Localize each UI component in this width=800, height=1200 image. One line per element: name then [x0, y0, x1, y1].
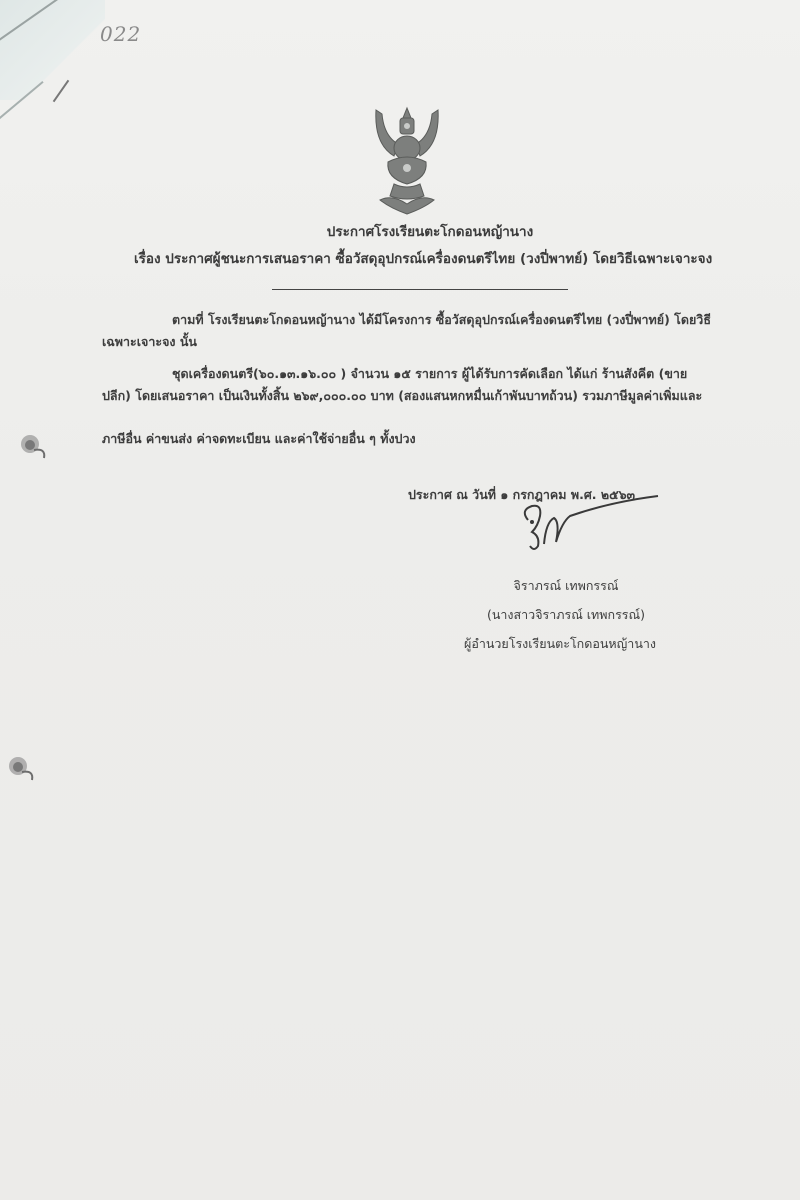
punch-hole-icon — [4, 752, 38, 782]
handwritten-page-number: 022 — [100, 22, 141, 46]
announcement-subject: เรื่อง ประกาศผู้ชนะการเสนอราคา ซื้อวัสดุ… — [134, 247, 712, 269]
paragraph-1-line-1: ตามที่ โรงเรียนตะโกดอนหญ้านาง ได้มีโครงก… — [172, 310, 711, 330]
paragraph-2-line-2: ปลีก) โดยเสนอราคา เป็นเงินทั้งสิ้น ๒๖๙,๐… — [102, 386, 702, 406]
folded-corner — [0, 0, 105, 100]
signatory-name: จิราภรณ์ เทพกรรณ์ — [436, 576, 696, 596]
punch-hole-icon — [16, 430, 50, 460]
paragraph-2-line-1: ชุดเครื่องดนตรี(๖๐.๑๓.๑๖.๐๐ ) จำนวน ๑๕ ร… — [172, 364, 687, 384]
signature-icon — [510, 492, 660, 558]
paragraph-2-line-3: ภาษีอื่น ค่าขนส่ง ค่าจดทะเบียน และค่าใช้… — [102, 429, 416, 449]
announcement-title: ประกาศโรงเรียนตะโกดอนหญ้านาง — [0, 220, 800, 242]
title-divider — [272, 289, 568, 290]
garuda-emblem-icon — [372, 104, 442, 218]
signatory-full-name: (นางสาวจิราภรณ์ เทพกรรณ์) — [436, 605, 696, 625]
paragraph-1-line-2: เฉพาะเจาะจง นั้น — [102, 332, 197, 352]
signatory-position: ผู้อำนวยโรงเรียนตะโกดอนหญ้านาง — [430, 634, 690, 654]
